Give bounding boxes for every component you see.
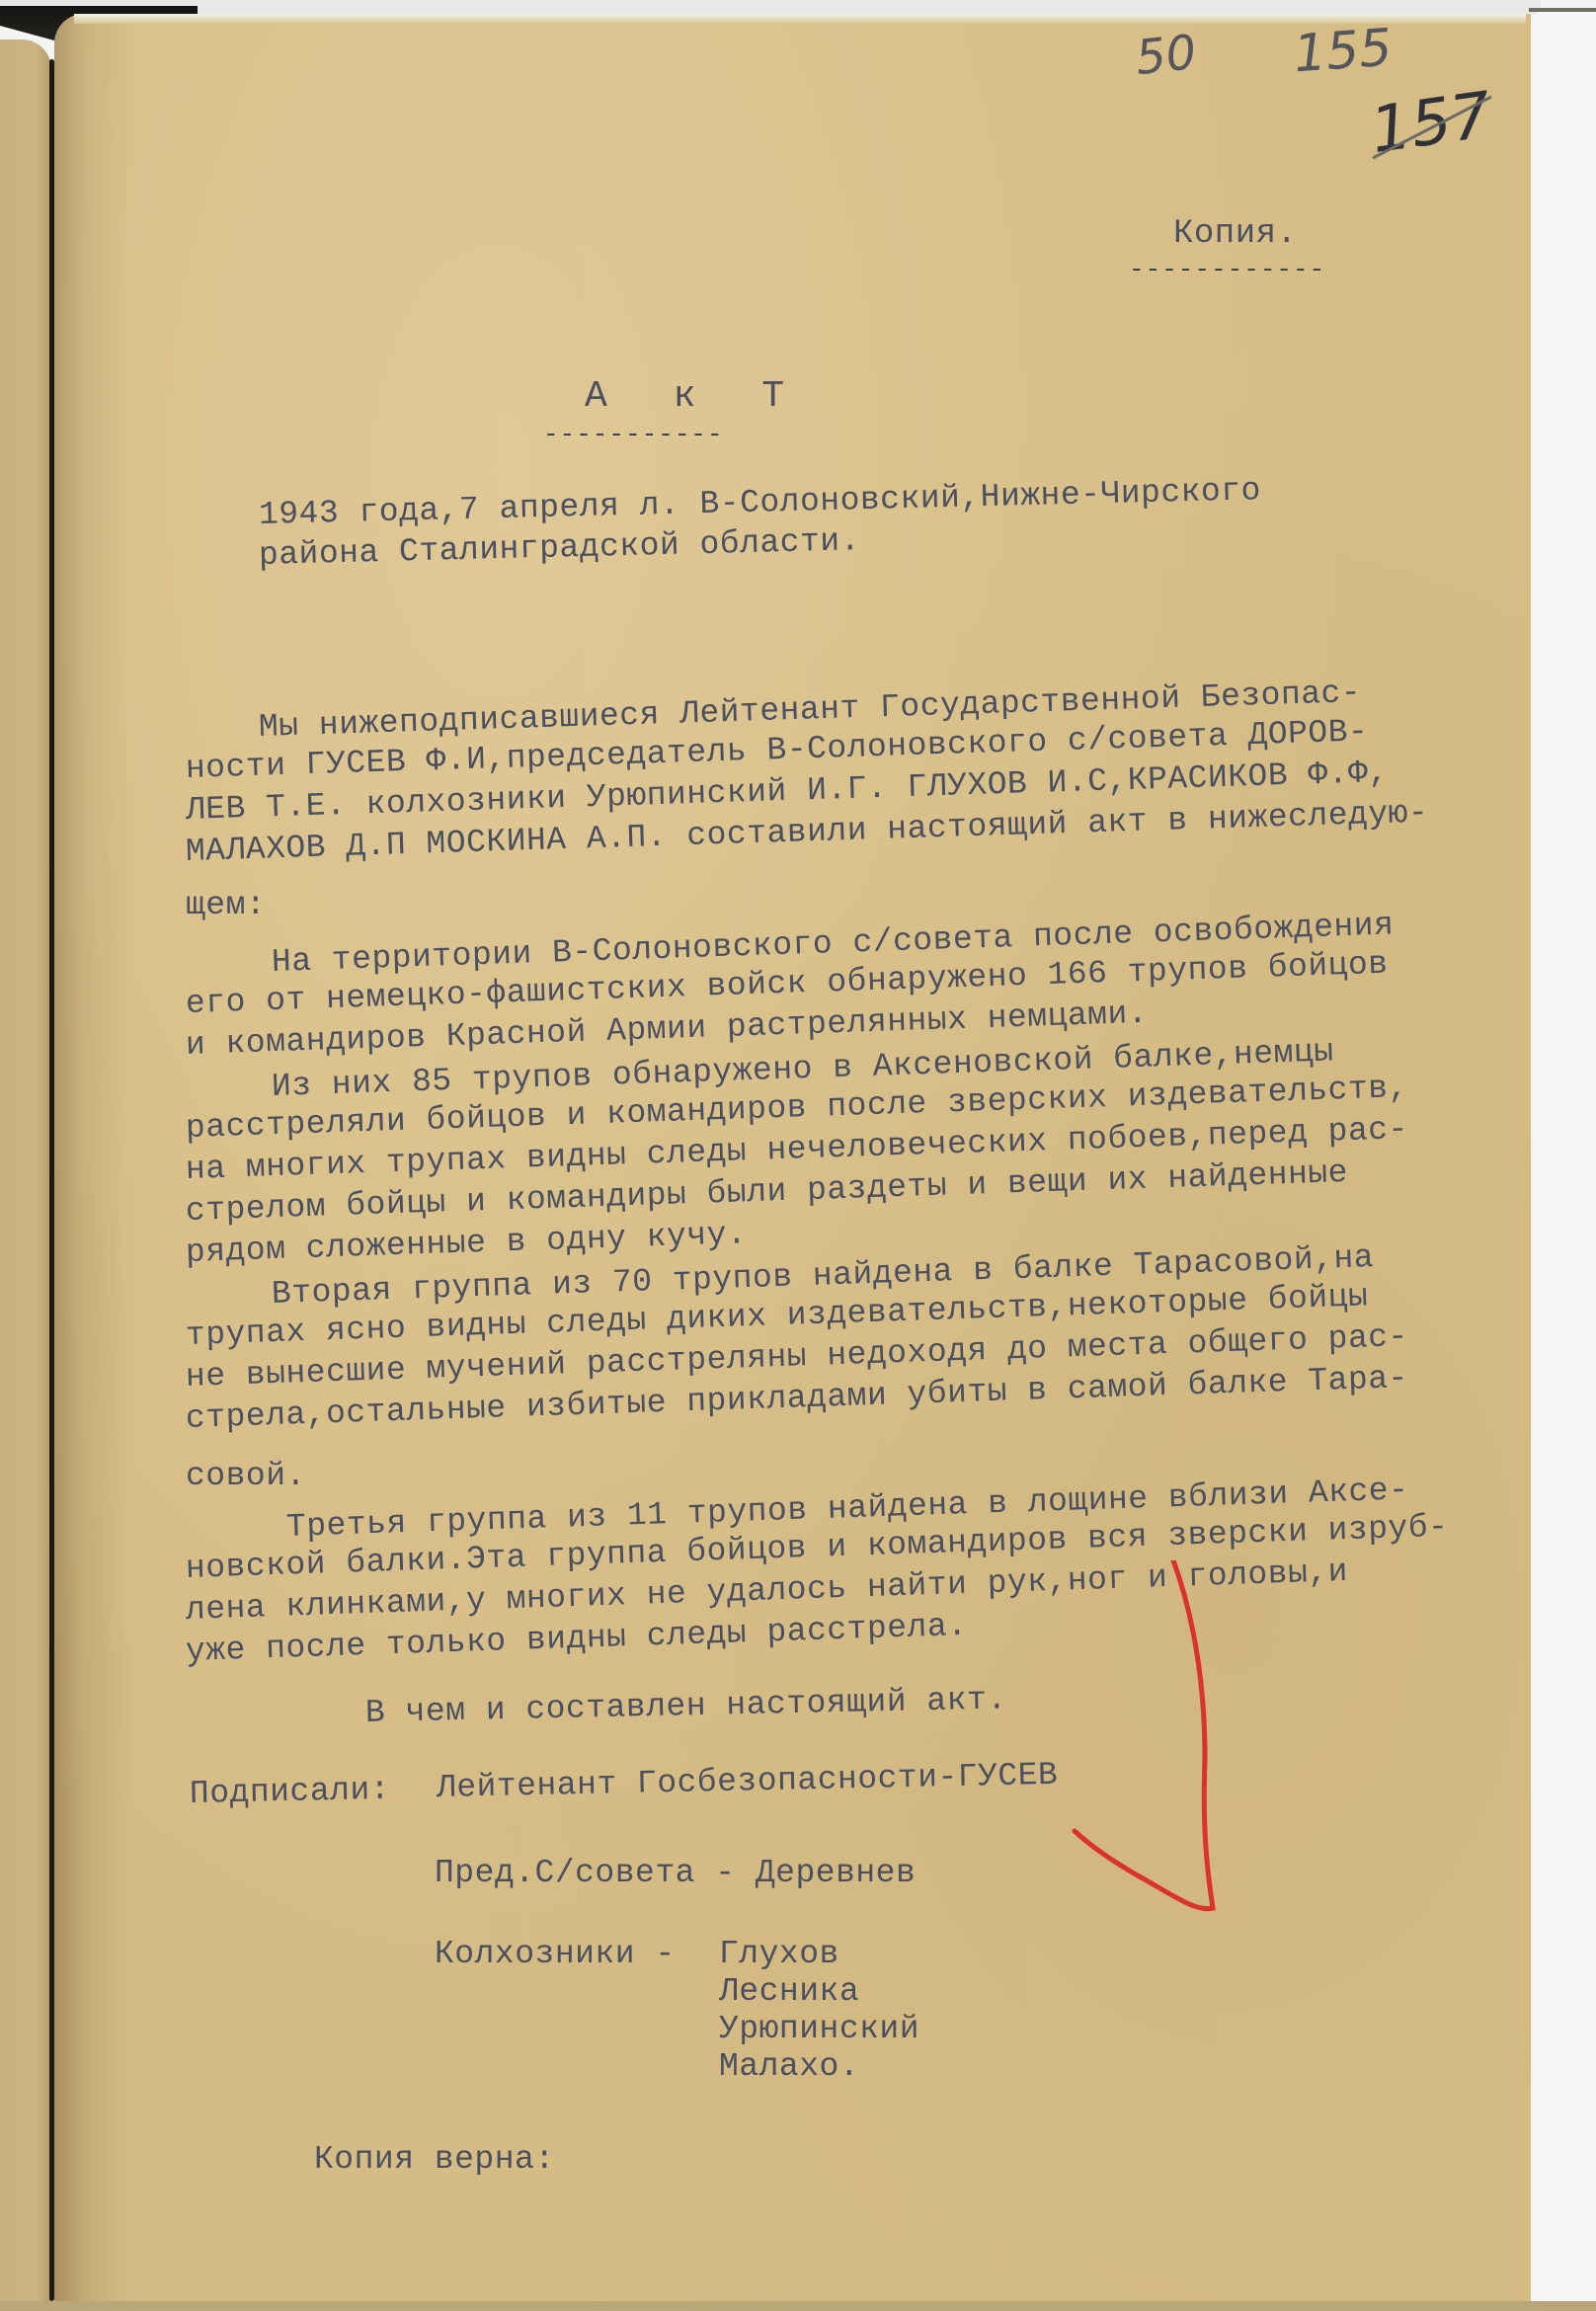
previous-page-edge — [0, 40, 51, 2301]
kolkhoz-member-4: Малахо. — [719, 2050, 859, 2083]
folio-number-crossed-2: 155 — [1292, 19, 1394, 85]
kolkhoz-member-1: Глухов — [719, 1938, 839, 1970]
signer-2: Пред.С/совета - Деревнев — [435, 1857, 916, 1889]
folio-strikethrough-icon — [1363, 89, 1501, 168]
kolkhoz-label: Колхозники - — [435, 1938, 676, 1970]
page-top-edge — [74, 14, 1526, 24]
signed-label: Подписали: — [190, 1774, 391, 1810]
paragraph-3-line-5: совой. — [186, 1460, 306, 1492]
scanner-edge-rule — [1529, 8, 1596, 12]
title-underline: ----------- — [543, 420, 724, 449]
red-checkmark-icon — [1057, 1560, 1235, 1936]
scanner-background — [0, 0, 1541, 14]
copy-label: Копия. — [1173, 217, 1297, 251]
folio-number-crossed-1: 50 — [1133, 25, 1199, 86]
document-title: А к Т — [585, 378, 806, 416]
intro-line-5: щем: — [186, 889, 266, 921]
kolkhoz-member-3: Урюпинский — [719, 2013, 919, 2045]
scanner-background-right — [1537, 12, 1596, 2303]
kolkhoz-member-2: Лесника — [719, 1975, 859, 2008]
binding-spine — [49, 59, 54, 2301]
scanner-bottom-edge — [0, 2301, 1596, 2311]
copy-underline: ------------ — [1129, 255, 1325, 284]
copy-certified-label: Копия верна: — [314, 2143, 555, 2176]
